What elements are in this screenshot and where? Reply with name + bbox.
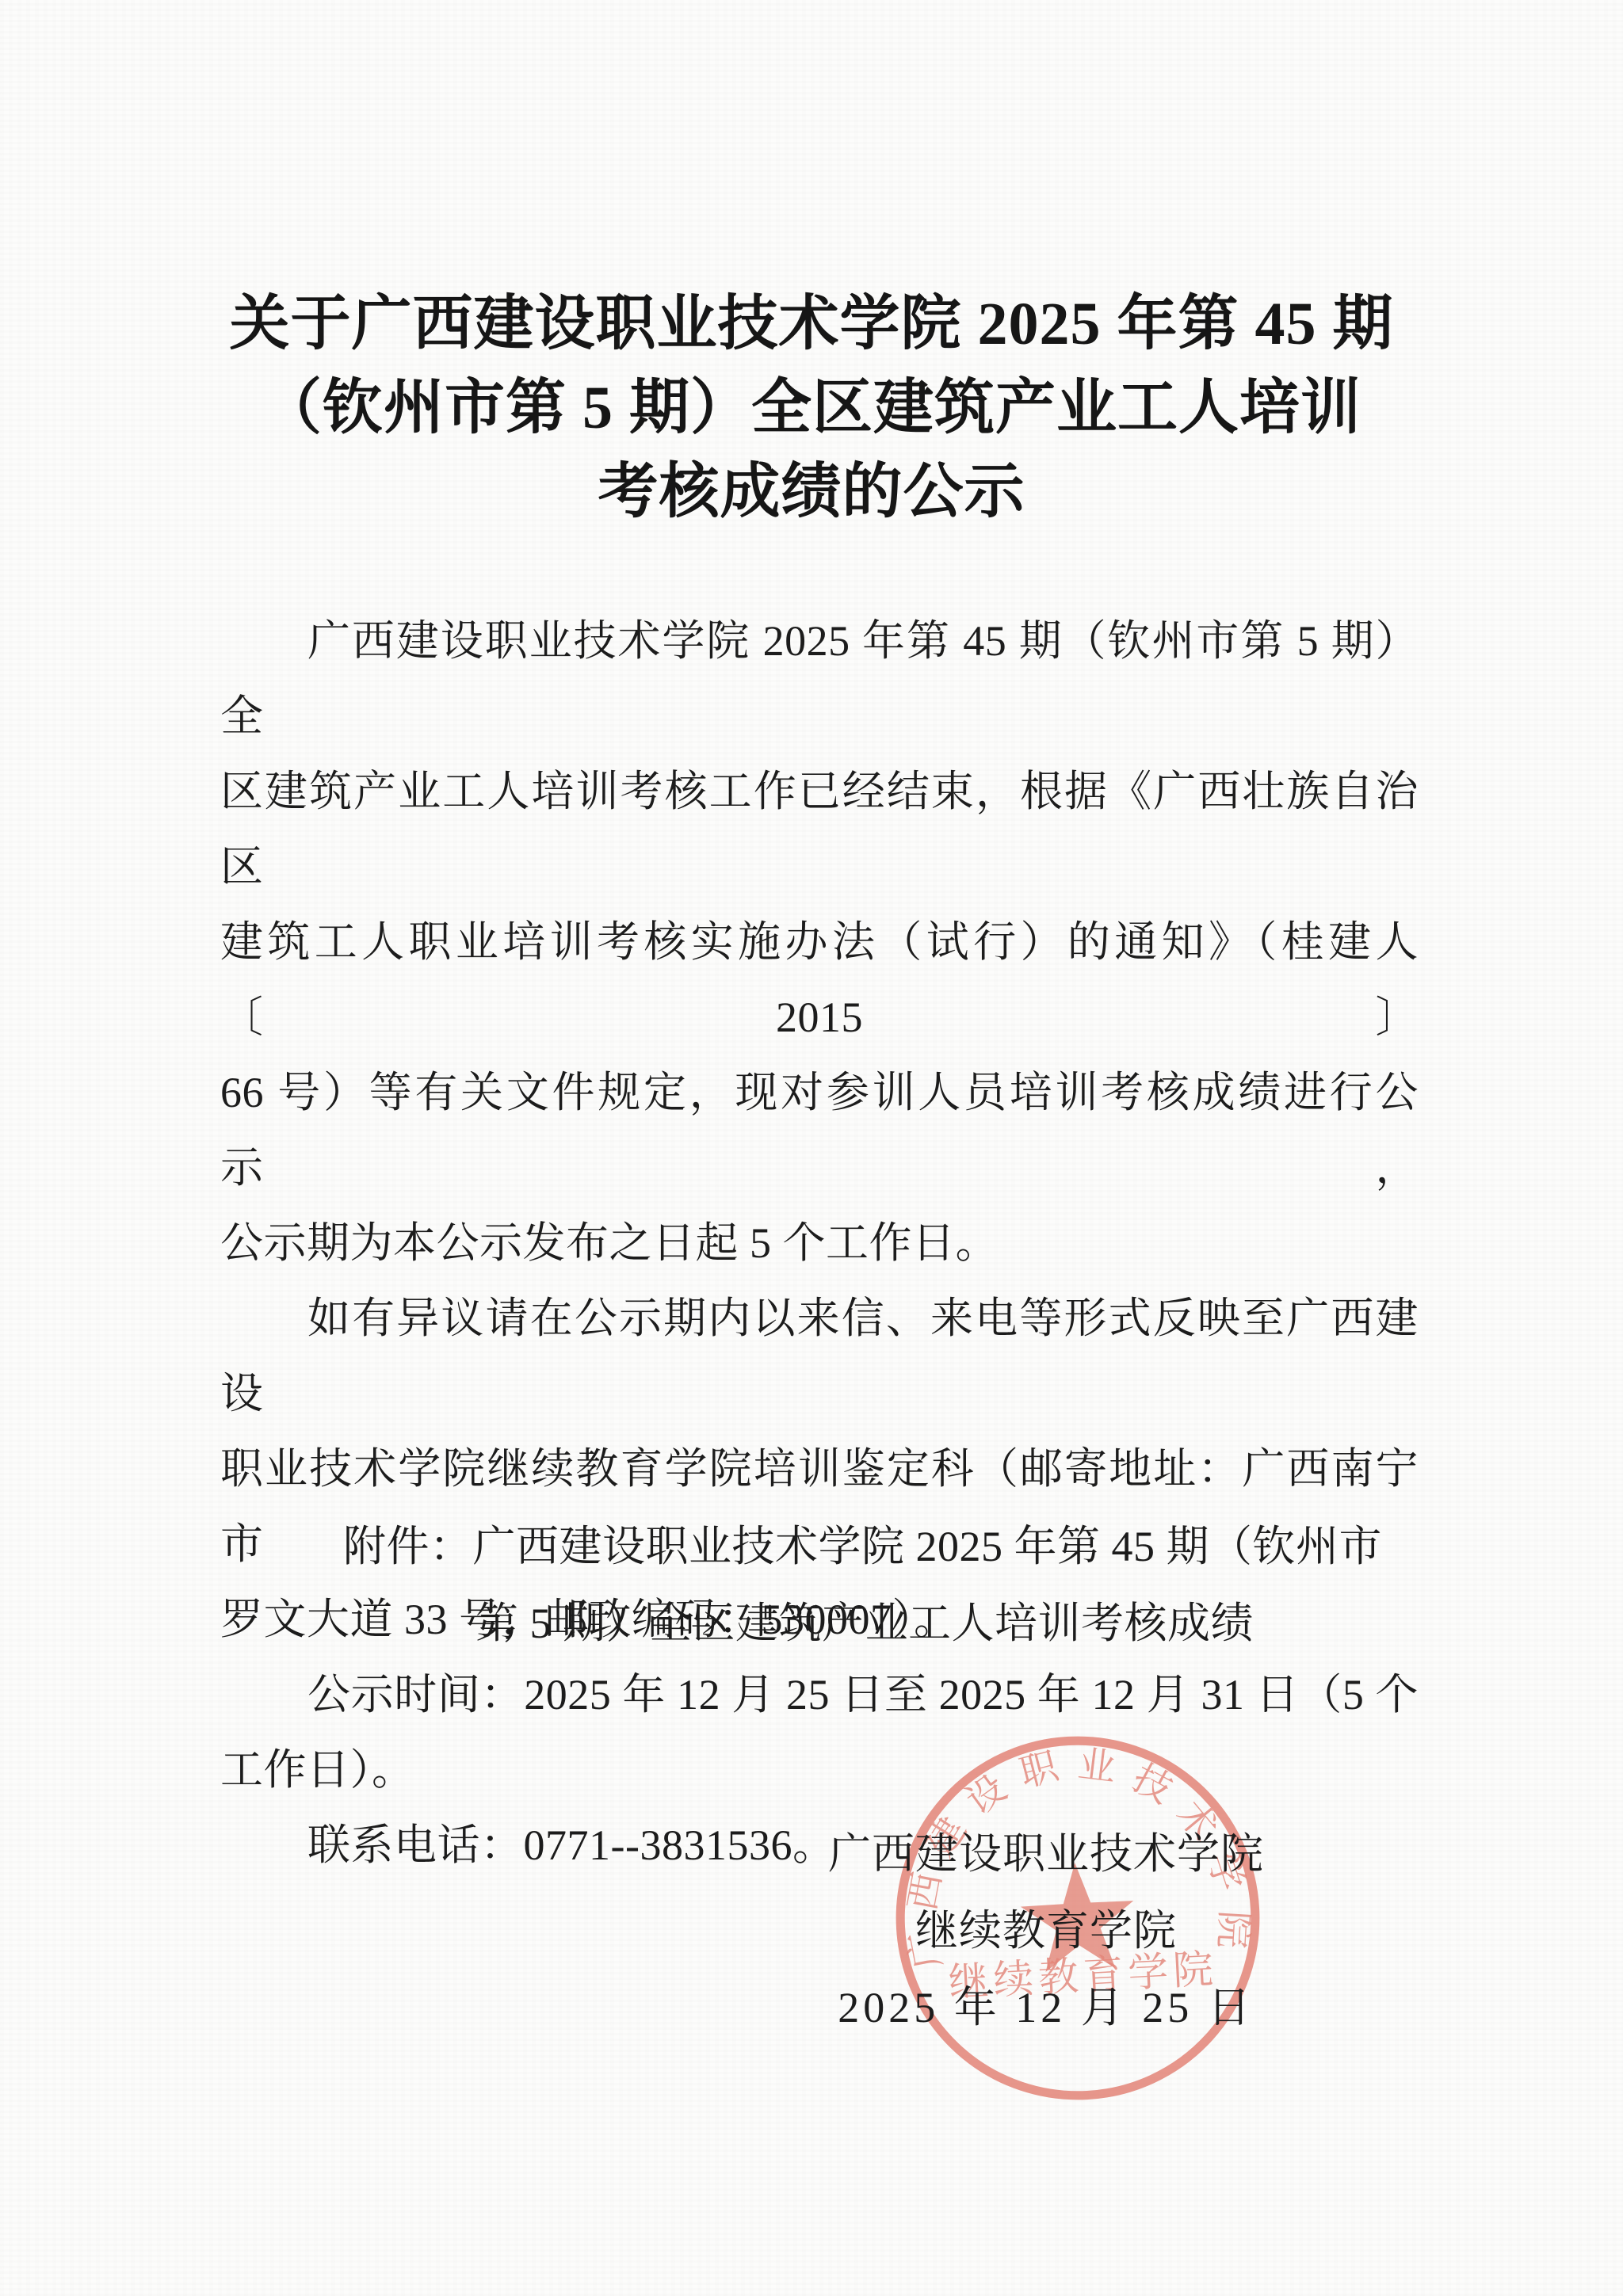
notice-body: 广西建设职业技术学院 2025 年第 45 期（钦州市第 5 期）全 区建筑产业… bbox=[220, 604, 1419, 1883]
body-line: 区建筑产业工人培训考核工作已经结束，根据《广西壮族自治区 bbox=[220, 754, 1419, 905]
notice-title: 关于广西建设职业技术学院 2025 年第 45 期 （钦州市第 5 期）全区建筑… bbox=[0, 282, 1623, 534]
signature-block: 广西建设职业技术学院 继续教育学院 2025 年 12 月 25 日 bbox=[713, 1816, 1379, 2046]
body-line: 工作日）。 bbox=[220, 1733, 1419, 1808]
issuing-org-line-2: 继续教育学院 bbox=[713, 1893, 1379, 1970]
title-line-3: 考核成绩的公示 bbox=[0, 450, 1623, 534]
attachment-line-2: 第 5 期）全区建筑产业工人培训考核成绩 bbox=[220, 1585, 1419, 1662]
issue-date: 2025 年 12 月 25 日 bbox=[713, 1970, 1379, 2046]
issuing-org-line-1: 广西建设职业技术学院 bbox=[713, 1816, 1379, 1893]
body-line: 如有异议请在公示期内以来信、来电等形式反映至广西建设 bbox=[220, 1281, 1419, 1432]
body-line: 66 号）等有关文件规定，现对参训人员培训考核成绩进行公示， bbox=[220, 1055, 1419, 1206]
body-line: 公示时间：2025 年 12 月 25 日至 2025 年 12 月 31 日（… bbox=[220, 1657, 1419, 1733]
scanned-notice-page: 广西建设职业技术学院 继续教育学院 关于广西建设职业技术学院 2025 年第 4… bbox=[0, 0, 1623, 2296]
title-line-2: （钦州市第 5 期）全区建筑产业工人培训 bbox=[0, 366, 1623, 450]
body-line: 广西建设职业技术学院 2025 年第 45 期（钦州市第 5 期）全 bbox=[220, 604, 1419, 754]
body-line: 建筑工人职业培训考核实施办法（试行）的通知》（桂建人〔2015〕 bbox=[220, 905, 1419, 1055]
attachment-reference: 附件：广西建设职业技术学院 2025 年第 45 期（钦州市 第 5 期）全区建… bbox=[220, 1508, 1419, 1662]
body-line: 公示期为本公示发布之日起 5 个工作日。 bbox=[220, 1206, 1419, 1281]
title-line-1: 关于广西建设职业技术学院 2025 年第 45 期 bbox=[0, 282, 1623, 366]
attachment-line-1: 附件：广西建设职业技术学院 2025 年第 45 期（钦州市 bbox=[220, 1508, 1419, 1585]
